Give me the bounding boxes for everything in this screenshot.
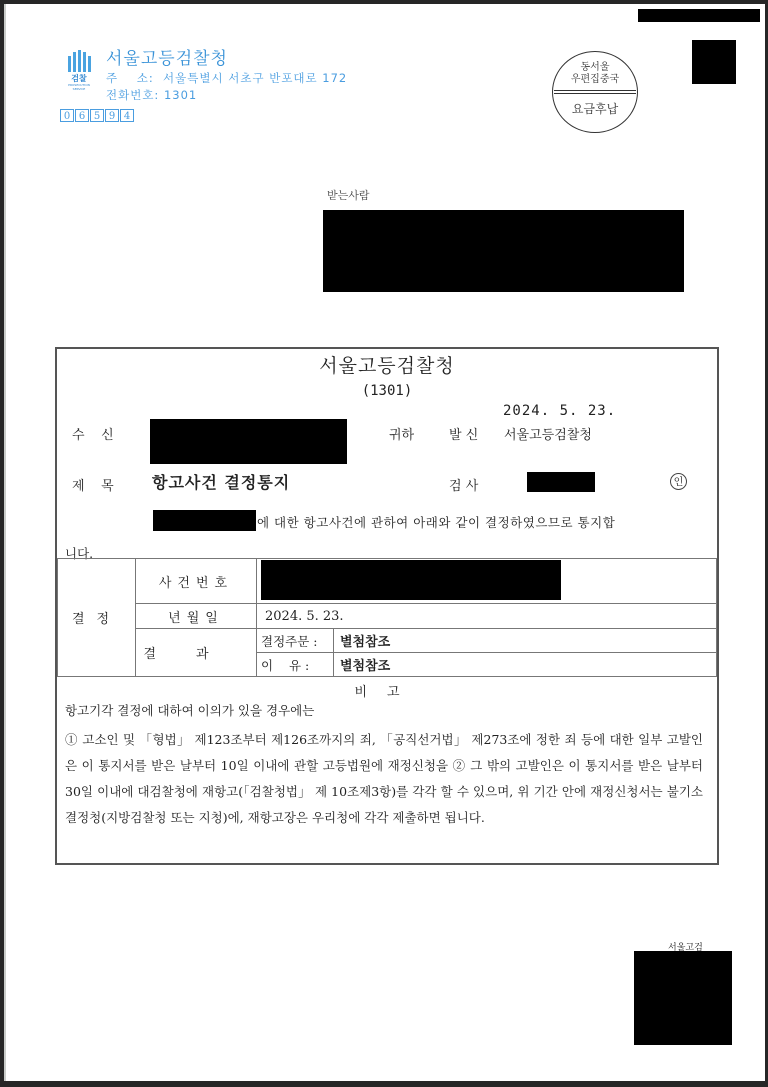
order-value: 별첨참조 xyxy=(334,629,717,653)
zip-digit: 4 xyxy=(120,109,134,122)
redacted-subject-party xyxy=(153,510,256,531)
zip-code: 0 6 5 9 4 xyxy=(60,109,134,122)
form-code: (1301) xyxy=(57,383,717,399)
to-label: 수 신 xyxy=(72,424,114,443)
recipient-label: 받는사람 xyxy=(327,187,370,203)
redacted-footer-stamp xyxy=(634,951,732,1045)
postage-stamp: 동서울 우편집중국 요금후납 xyxy=(552,51,638,133)
from-label: 발 신 xyxy=(449,424,478,443)
stamp-office-line1: 동서울 xyxy=(553,62,637,74)
prosecution-logo: 검찰 PROSECUTION SERVICE xyxy=(63,50,95,94)
from-value: 서울고등검찰청 xyxy=(504,424,592,443)
zip-digit: 9 xyxy=(105,109,119,122)
redacted-barcode xyxy=(638,9,760,22)
remarks-intro: 항고기각 결정에 대하여 이의가 있을 경우에는 xyxy=(65,701,314,719)
redacted-code-box xyxy=(692,40,736,84)
org-phone: 전화번호: 1301 xyxy=(106,87,197,103)
honorific: 귀하 xyxy=(389,424,414,443)
redacted-prosecutor xyxy=(527,472,595,492)
case-number-cell xyxy=(257,559,717,604)
redacted-to xyxy=(150,419,347,464)
reason-label: 이 유 : xyxy=(257,653,334,677)
redacted-case-number xyxy=(261,560,561,600)
form-title: 서울고등검찰청 xyxy=(57,351,717,378)
zip-digit: 5 xyxy=(90,109,104,122)
reason-value: 별첨참조 xyxy=(334,653,717,677)
decision-date: 2024. 5. 23. xyxy=(257,604,717,629)
date-label: 년월일 xyxy=(136,604,257,629)
document-page: 검찰 PROSECUTION SERVICE 서울고등검찰청 주 소: 서울특별… xyxy=(4,4,765,1081)
org-address: 주 소: 서울특별시 서초구 반포대로 172 xyxy=(106,70,347,86)
remarks-text: ① 고소인 및 「형법」 제123조부터 제126조까지의 죄, 「공직선거법」… xyxy=(65,727,703,831)
decision-notice-form: 서울고등검찰청 (1301) 2024. 5. 23. 수 신 귀하 발 신 서… xyxy=(55,347,719,865)
org-name: 서울고등검찰청 xyxy=(106,44,228,69)
logo-text: 검찰 xyxy=(63,74,95,83)
zip-digit: 0 xyxy=(60,109,74,122)
seal-icon: 인 xyxy=(670,473,687,490)
stamp-fee: 요금후납 xyxy=(553,100,637,117)
subject: 항고사건 결정통지 xyxy=(152,470,290,493)
case-number-label: 사건번호 xyxy=(136,559,257,604)
prosecutor-label: 검 사 xyxy=(449,475,478,494)
zip-digit: 6 xyxy=(75,109,89,122)
decision-section-label: 결정 xyxy=(58,559,136,677)
stamp-divider xyxy=(554,93,636,94)
remarks-body: ① 고소인 및 「형법」 제123조부터 제126조까지의 죄, 「공직선거법」… xyxy=(65,727,703,831)
body-line1: 에 대한 항고사건에 관하여 아래와 같이 결정하였으므로 통지합 xyxy=(257,513,615,531)
form-date: 2024. 5. 23. xyxy=(503,403,616,419)
order-label: 결정주문 : xyxy=(257,629,334,653)
decision-table: 결정 사건번호 년월일 2024. 5. 23. 결과 결정주문 : 별첨참조 … xyxy=(57,558,717,677)
logo-bars-icon xyxy=(63,50,95,72)
remarks-heading: 비고 xyxy=(57,681,717,700)
stamp-office-line2: 우편집중국 xyxy=(553,74,637,86)
stamp-divider xyxy=(554,90,636,91)
subject-label: 제 목 xyxy=(72,475,114,494)
result-label: 결과 xyxy=(136,629,257,677)
logo-subtext: PROSECUTION SERVICE xyxy=(63,83,95,91)
redacted-recipient xyxy=(323,210,684,292)
